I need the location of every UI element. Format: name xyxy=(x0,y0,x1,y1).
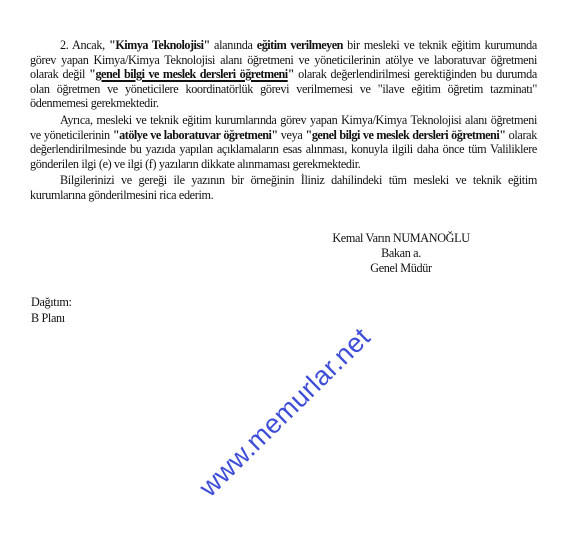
text-run: Bilgilerinizi ve gereği ile yazının bir … xyxy=(30,173,537,202)
paragraph-3: Bilgilerinizi ve gereği ile yazının bir … xyxy=(30,173,537,202)
paragraph-2: Ayrıca, mesleki ve teknik eğitim kurumla… xyxy=(30,113,537,171)
distribution-block: Dağıtım: B Planı xyxy=(31,295,72,326)
document-page: 2. Ancak, "Kimya Teknolojisi" alanında e… xyxy=(0,0,563,533)
bold-phrase: "genel bilgi ve meslek dersleri öğretmen… xyxy=(306,128,506,142)
signatory-title: Genel Müdür xyxy=(320,261,482,276)
text-run: alanında xyxy=(210,38,257,52)
watermark-text: www.memurlar.net xyxy=(178,307,392,518)
document-body: 2. Ancak, "Kimya Teknolojisi" alanında e… xyxy=(30,38,537,205)
text-run: 2. Ancak, xyxy=(60,38,109,52)
text-run: veya xyxy=(278,128,306,142)
underlined-bold-phrase: genel bilgi ve meslek dersleri öğretmeni xyxy=(95,67,287,81)
distribution-label: Dağıtım: xyxy=(31,295,72,311)
signatory-name: Kemal Varın NUMANOĞLU xyxy=(320,231,482,246)
distribution-value: B Planı xyxy=(31,311,72,327)
paragraph-1: 2. Ancak, "Kimya Teknolojisi" alanında e… xyxy=(30,38,537,111)
signatory-line2: Bakan a. xyxy=(320,246,482,261)
bold-phrase: "atölye ve laboratuvar öğretmeni" xyxy=(113,128,278,142)
bold-phrase: eğitim verilmeyen xyxy=(257,38,343,52)
bold-phrase: "Kimya Teknolojisi" xyxy=(109,38,210,52)
signature-block: Kemal Varın NUMANOĞLU Bakan a. Genel Müd… xyxy=(320,231,482,276)
